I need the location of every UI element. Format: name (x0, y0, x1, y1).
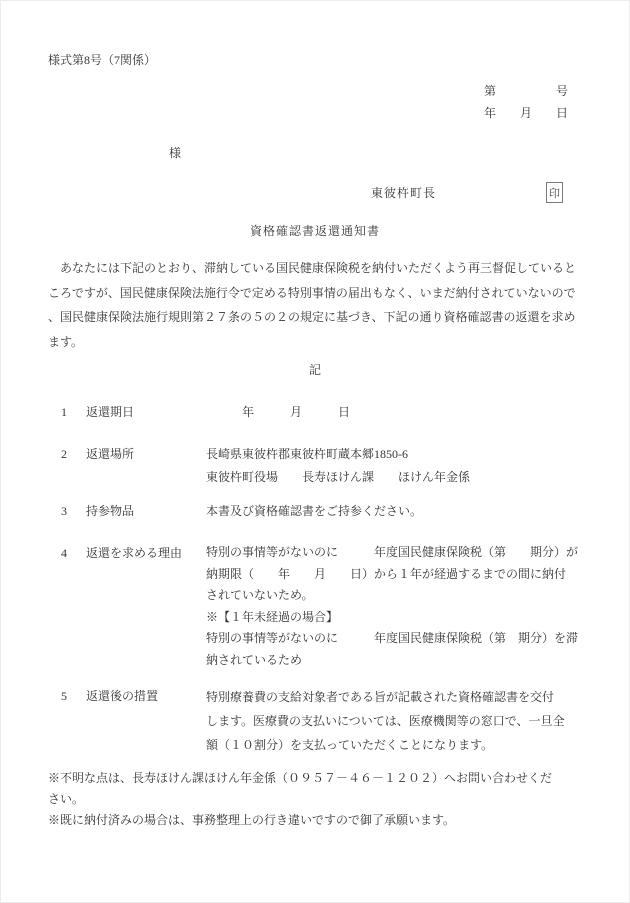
body-line: 、国民健康保険法施行規則第２７条の５の２の規定に基づき、下記の通り資格確認書の返… (48, 305, 582, 330)
item-label: 返還期日 (86, 401, 206, 424)
footnote-line: ※不明な点は、長寿ほけん課ほけん年金係（０９５７－４６－１２０２）へお問い合わせ… (48, 768, 582, 789)
item-line: 納されているため (206, 650, 582, 672)
item-label: 返還を求める理由 (86, 542, 206, 565)
document-page: 様式第8号（7関係） 第 号 年 月 日 様 東彼杵町長 印 資格確認書返還通知… (0, 0, 630, 903)
item-line: 本書及び資格確認書をご持参ください。 (206, 500, 582, 523)
item-line: 東彼杵町役場 長寿ほけん課 ほけん年金係 (206, 466, 582, 489)
form-number: 様式第8号（7関係） (48, 51, 582, 69)
item-content: 特別の事情等がないのに 年度国民健康保険税（第 期分）が 納期限（ 年 月 日）… (206, 542, 582, 671)
date-line: 年 月 日 (48, 104, 582, 122)
item-content: 長崎県東彼杵郡東彼杵町蔵本郷1850-6 東彼杵町役場 長寿ほけん課 ほけん年金… (206, 443, 582, 489)
item-number: 5 (48, 685, 86, 708)
sender-title: 東彼杵町長 (371, 184, 436, 201)
item-label: 持参物品 (86, 500, 206, 523)
footnote-line: さい。 (48, 789, 582, 810)
item-label: 返還場所 (86, 443, 206, 466)
list-heading: 記 (48, 361, 582, 379)
item-line: されていないため。 (206, 585, 582, 607)
addressee-suffix: 様 (169, 144, 582, 162)
body-paragraph: あなたには下記のとおり、滞納している国民健康保険税を納付いただくよう再三督促して… (48, 256, 582, 354)
item-line: 納期限（ 年 月 日）から１年が経過するまでの間に納付 (206, 564, 582, 586)
item-line: 特別の事情等がないのに 年度国民健康保険税（第 期分）が (206, 542, 582, 564)
doc-number-line: 第 号 (48, 82, 582, 100)
item-line: 年 月 日 (206, 401, 582, 424)
document-title: 資格確認書返還通知書 (48, 222, 582, 240)
body-line: あなたには下記のとおり、滞納している国民健康保険税を納付いただくよう再三督促して… (48, 256, 582, 281)
item-label: 返還後の措置 (86, 685, 206, 708)
footnotes: ※不明な点は、長寿ほけん課ほけん年金係（０９５７－４６－１２０２）へお問い合わせ… (48, 768, 582, 831)
sender-row: 東彼杵町長 印 (48, 182, 582, 203)
item-line: します。医療費の支払いについては、医療機関等の窓口で、一旦全 (206, 709, 582, 733)
list-item-return-place: 2 返還場所 長崎県東彼杵郡東彼杵町蔵本郷1850-6 東彼杵町役場 長寿ほけん… (48, 443, 582, 489)
list-item-items-to-bring: 3 持参物品 本書及び資格確認書をご持参ください。 (48, 500, 582, 523)
item-number: 3 (48, 500, 86, 523)
item-number: 1 (48, 401, 86, 424)
list-item-return-date: 1 返還期日 年 月 日 (48, 401, 582, 424)
body-line: ます。 (48, 330, 582, 355)
footnote-line: ※既に納付済みの場合は、事務整理上の行き違いですので御了承願います。 (48, 810, 582, 831)
item-line: 額（１０割分）を支払っていただくことになります。 (206, 733, 582, 757)
item-number: 2 (48, 443, 86, 466)
item-line: ※【１年未経過の場合】 (206, 607, 582, 629)
item-line: 特別の事情等がないのに 年度国民健康保険税（第 期分）を滞 (206, 628, 582, 650)
item-content: 特別療養費の支給対象者である旨が記載された資格確認書を交付 します。医療費の支払… (206, 685, 582, 757)
item-line: 長崎県東彼杵郡東彼杵町蔵本郷1850-6 (206, 443, 582, 466)
item-line: 特別療養費の支給対象者である旨が記載された資格確認書を交付 (206, 685, 582, 709)
item-content: 本書及び資格確認書をご持参ください。 (206, 500, 582, 523)
list-item-reason: 4 返還を求める理由 特別の事情等がないのに 年度国民健康保険税（第 期分）が … (48, 542, 582, 671)
seal-stamp-box: 印 (546, 182, 563, 203)
item-content: 年 月 日 (206, 401, 582, 424)
item-number: 4 (48, 542, 86, 565)
body-line: ころですが、国民健康保険法施行令で定める特別事情の届出もなく、いまだ納付されてい… (48, 281, 582, 306)
list-item-measures-after-return: 5 返還後の措置 特別療養費の支給対象者である旨が記載された資格確認書を交付 し… (48, 685, 582, 757)
